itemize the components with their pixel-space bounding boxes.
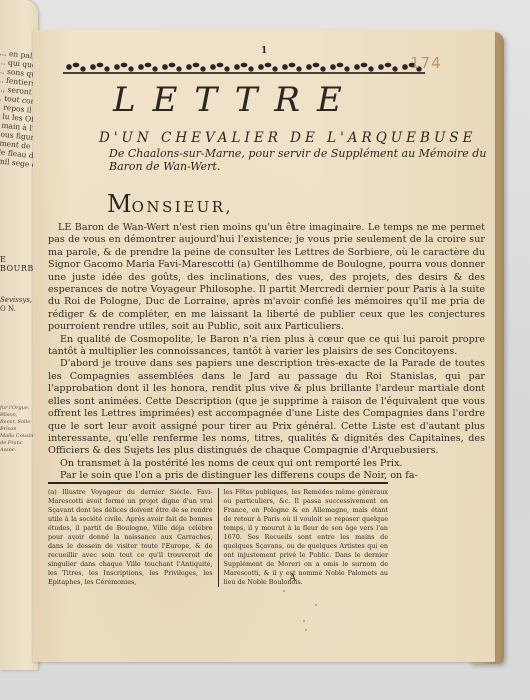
salutation-rest: ONSIEUR, (132, 198, 233, 216)
page-number: 1 (261, 46, 267, 56)
paper-spot (305, 629, 307, 631)
paragraph: Par le soin que l'on a pris de distingue… (48, 470, 485, 482)
footnote-right-column: les Fêtes publiques, les Remédes même gé… (224, 488, 389, 587)
handwritten-pencil-number: 174 (410, 54, 442, 72)
paper-spot (283, 590, 285, 592)
footnote-rule (48, 482, 388, 484)
page-title: LETTRE (113, 80, 393, 120)
paper-spot (315, 604, 317, 606)
paragraph: LE Baron de Wan-Wert n'est rien moins qu… (48, 222, 485, 334)
subtitle-line-2: De Chaalons-sur-Marne, pour servir de Su… (109, 147, 489, 173)
decorative-headband-ornament (63, 60, 425, 74)
paper-spot (303, 620, 305, 622)
paragraph: En qualité de Cosmopolite, le Baron n'a … (48, 334, 485, 359)
footnotes: (a) Illustre Voyageur du dernier Siécle.… (48, 488, 388, 587)
paragraph: On transmet à la postérité les noms de c… (48, 458, 485, 470)
letter-body: LE Baron de Wan-Wert n'est rien moins qu… (48, 222, 485, 483)
paragraph: D'abord je trouve dans ses papiers une d… (48, 358, 485, 457)
signature-mark: A (289, 573, 296, 584)
salutation-capital: M (107, 190, 132, 218)
subtitle-line-1: D'UN CHEVALIER DE L'ARQUEBUSE (99, 130, 479, 146)
salutation: MONSIEUR, (107, 190, 233, 218)
paper-spot (73, 538, 75, 540)
document-page: 1 174 LETTRE D'UN CHEVALIER DE L'ARQUEBU… (33, 30, 495, 662)
footnote-column-divider (218, 488, 219, 587)
